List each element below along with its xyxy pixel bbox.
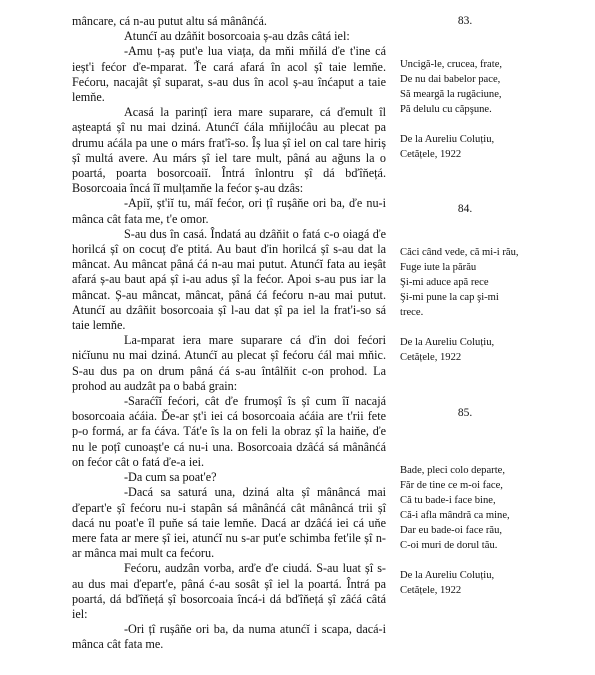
poem-lines: Căci când vede, că mi-i rău, Fuge iute l… [400,245,590,320]
source-place-year: Cetățele, 1922 [400,147,590,162]
poem-line: Că-i afla mândră ca mine, [400,508,590,523]
paragraph: La-mparat iera mare suparare cá ďin doi … [72,333,386,394]
poem-line: Căci când vede, că mi-i rău, [400,245,590,260]
source-author: De la Aureliu Coluțiu, [400,568,590,583]
poem-line: Făr de tine ce m-oi face, [400,478,590,493]
paragraph: -Da cum sa poat'e? [72,470,386,485]
poem-line: Şi-mi aduce apă rece [400,275,590,290]
paragraph: -Amu ț-aș put'e lua viața, da mňi mňilá … [72,44,386,105]
prose-column: mâncare, cá n-au putut altu sá mânânćá. … [72,14,386,653]
poem-line: Fuge iute la părău [400,260,590,275]
poem-line: Bade, pleci colo departe, [400,463,590,478]
poem-line: Dar eu bade-oi face rău, [400,523,590,538]
poem-line: Uncigă-le, crucea, frate, [400,57,590,72]
poem-83: 83. Uncigă-le, crucea, frate, De nu dai … [400,14,590,162]
poem-lines: Uncigă-le, crucea, frate, De nu dai babe… [400,57,590,117]
poem-line: Că tu bade-i face bine, [400,493,590,508]
poem-85: 85. Bade, pleci colo departe, Făr de tin… [400,406,590,598]
poem-line: De nu dai babelor pace, [400,72,590,87]
poem-line: Şi-mi pune la cap şi-mi [400,290,590,305]
poem-number: 85. [400,406,530,421]
paragraph: -Dacá sa saturá una, dziná alta șî mânân… [72,485,386,561]
source-place-year: Cetățele, 1922 [400,583,590,598]
paragraph: mâncare, cá n-au putut altu sá mânânćá. [72,14,386,29]
paragraph: Atunćĭ au dzâňit bosorcoaia ș-au dzâs câ… [72,29,386,44]
source-place-year: Cetățele, 1922 [400,350,590,365]
poem-84: 84. Căci când vede, că mi-i rău, Fuge iu… [400,202,590,365]
poem-line: Să meargă la rugăciune, [400,87,590,102]
paragraph: -Ori țî rușâňe ori ba, da numa atunćĭ i … [72,622,386,652]
poem-number: 84. [400,202,530,217]
poem-line: C-oi muri de dorul tău. [400,538,590,553]
poem-source: De la Aureliu Coluțiu, Cetățele, 1922 [400,335,590,365]
poem-line: Pă delulu cu căpşune. [400,102,590,117]
paragraph: -Apiĭ, șt'iĭ tu, máĭ fećor, ori țî rușâň… [72,196,386,226]
poem-lines: Bade, pleci colo departe, Făr de tine ce… [400,463,590,553]
source-author: De la Aureliu Coluțiu, [400,335,590,350]
paragraph: -Saraćîĭ fećori, cât ďe frumoșî îs șî cu… [72,394,386,470]
poem-source: De la Aureliu Coluțiu, Cetățele, 1922 [400,132,590,162]
paragraph: Acasá la parințî iera mare suparare, cá … [72,105,386,196]
source-author: De la Aureliu Coluțiu, [400,132,590,147]
paragraph: S-au dus în casá. Îndatá au dzâňit o fat… [72,227,386,333]
paragraph: Fećoru, audzân vorba, arďe ďe ciudá. S-a… [72,561,386,622]
poem-number: 83. [400,14,530,29]
poem-line: trece. [400,305,590,320]
poem-source: De la Aureliu Coluțiu, Cetățele, 1922 [400,568,590,598]
